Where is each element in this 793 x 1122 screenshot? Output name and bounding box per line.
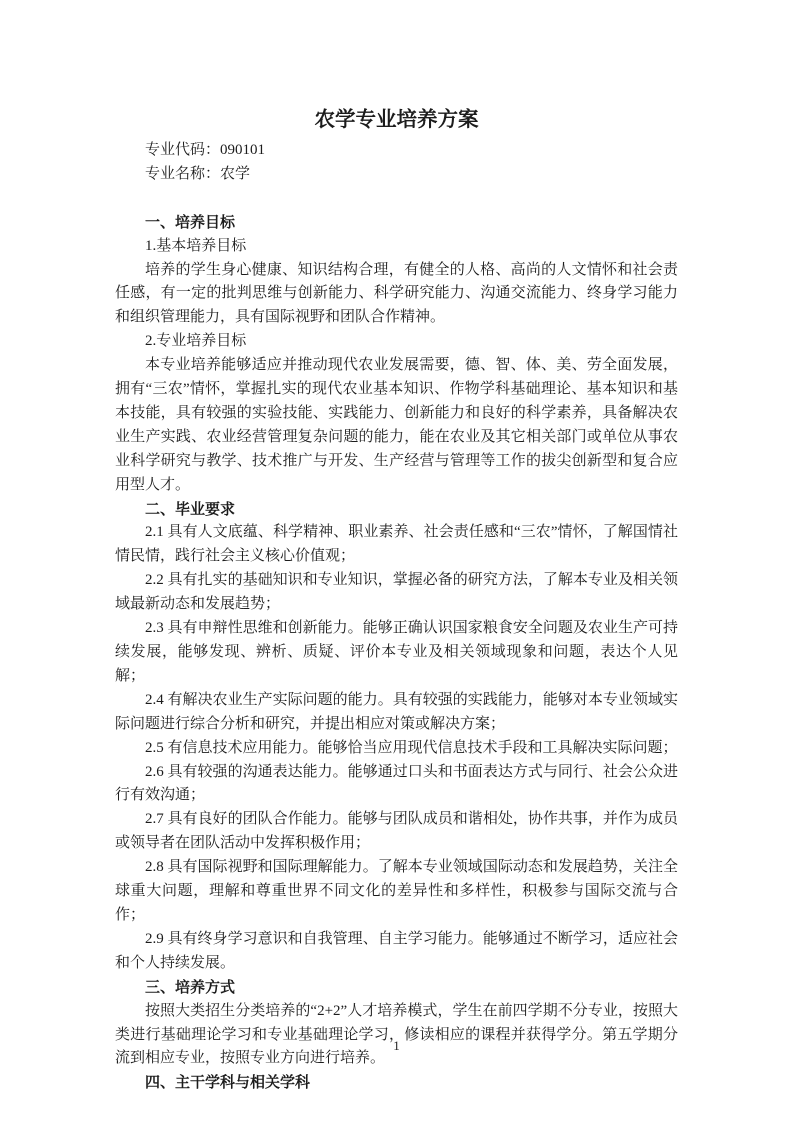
doc-paragraph: 培养的学生身心健康、知识结构合理，有健全的人格、高尚的人文情怀和社会责任感，有一… <box>115 259 678 331</box>
doc-meta: 专业名称：农学 <box>115 163 678 187</box>
doc-paragraph: 2.2 具有扎实的基础知识和专业知识，掌握必备的研究方法，了解本专业及相关领域最… <box>115 569 678 617</box>
doc-heading: 四、主干学科与相关学科 <box>115 1071 678 1095</box>
doc-paragraph: 2.1 具有人文底蕴、科学精神、职业素养、社会责任感和“三农”情怀，了解国情社情… <box>115 521 678 569</box>
doc-heading: 二、毕业要求 <box>115 498 678 522</box>
doc-paragraph: 2.9 具有终身学习意识和自我管理、自主学习能力。能够通过不断学习，适应社会和个… <box>115 928 678 976</box>
doc-meta: 专业代码：090101 <box>115 139 678 163</box>
document-page: 农学专业培养方案 专业代码：090101专业名称：农学一、培养目标1.基本培养目… <box>0 0 793 1122</box>
doc-paragraph: 2.4 有解决农业生产实际问题的能力。具有较强的实践能力，能够对本专业领域实际问… <box>115 689 678 737</box>
doc-paragraph: 2.8 具有国际视野和国际理解能力。了解本专业领域国际动态和发展趋势，关注全球重… <box>115 856 678 928</box>
doc-paragraph: 本专业培养能够适应并推动现代农业发展需要，德、智、体、美、劳全面发展，拥有“三农… <box>115 354 678 497</box>
doc-subheading: 1.基本培养目标 <box>115 235 678 259</box>
doc-subheading: 2.专业培养目标 <box>115 330 678 354</box>
document-body: 专业代码：090101专业名称：农学一、培养目标1.基本培养目标培养的学生身心健… <box>115 139 678 1095</box>
doc-paragraph: 2.6 具有较强的沟通表达能力。能够通过口头和书面表达方式与同行、社会公众进行有… <box>115 761 678 809</box>
doc-paragraph: 2.7 具有良好的团队合作能力。能够与团队成员和谐相处，协作共事，并作为成员或领… <box>115 808 678 856</box>
doc-heading: 一、培养目标 <box>115 211 678 235</box>
doc-blank <box>115 187 678 211</box>
doc-paragraph: 2.5 有信息技术应用能力。能够恰当应用现代信息技术手段和工具解决实际问题； <box>115 737 678 761</box>
page-number: 1 <box>0 1038 793 1054</box>
doc-paragraph: 2.3 具有申辩性思维和创新能力。能够正确认识国家粮食安全问题及农业生产可持续发… <box>115 617 678 689</box>
document-content: 农学专业培养方案 专业代码：090101专业名称：农学一、培养目标1.基本培养目… <box>115 105 678 1095</box>
doc-paragraph: 按照大类招生分类培养的“2+2”人才培养模式，学生在前四学期不分专业，按照大类进… <box>115 1000 678 1072</box>
doc-heading: 三、培养方式 <box>115 976 678 1000</box>
document-title: 农学专业培养方案 <box>115 105 678 135</box>
